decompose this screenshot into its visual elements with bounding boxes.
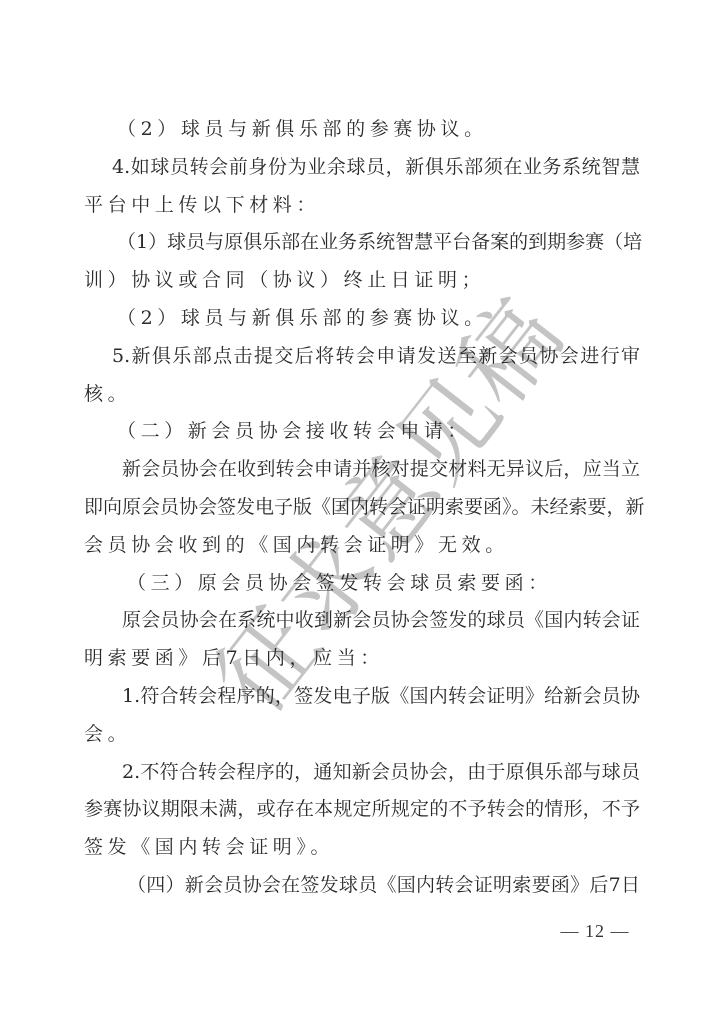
text-line: 5.新俱乐部点击提交后将转会申请发送至新会员协会进行审 xyxy=(84,338,640,376)
section-heading: （四）新会员协会在签发球员《国内转会证明索要函》后7日 xyxy=(84,867,640,905)
section-heading: （三）原会员协会签发转会球员索要函： xyxy=(84,565,640,603)
text-line: 新会员协会在收到转会申请并核对提交材料无异议后，应当立 xyxy=(84,451,640,489)
section-heading: （二）新会员协会接收转会申请： xyxy=(84,413,640,451)
text-line: 1.符合转会程序的，签发电子版《国内转会证明》给新会员协 xyxy=(84,678,640,716)
text-line: 参赛协议期限未满，或存在本规定所规定的不予转会的情形，不予 xyxy=(84,791,640,829)
text-line: （1）球员与原俱乐部在业务系统智慧平台备案的到期参赛（培 xyxy=(84,224,640,262)
text-line: 明索要函》后7日内，应当： xyxy=(84,640,640,678)
text-line: 签发《国内转会证明》。 xyxy=(84,829,640,867)
text-line: 会。 xyxy=(84,716,640,754)
text-line: 即向原会员协会签发电子版《国内转会证明索要函》。未经索要，新 xyxy=(84,489,640,527)
text-line: 平台中上传以下材料： xyxy=(84,187,640,225)
text-line: 训）协议或合同（协议）终止日证明； xyxy=(84,262,640,300)
page-number: — 12 — xyxy=(555,921,635,942)
text-line: 4.如球员转会前身份为业余球员，新俱乐部须在业务系统智慧 xyxy=(84,149,640,187)
document-page: 征求意见稿 （2）球员与新俱乐部的参赛协议。 4.如球员转会前身份为业余球员，新… xyxy=(0,0,720,1018)
text-line: 2.不符合转会程序的，通知新会员协会，由于原俱乐部与球员 xyxy=(84,754,640,792)
text-line: （2）球员与新俱乐部的参赛协议。 xyxy=(84,300,640,338)
text-line: （2）球员与新俱乐部的参赛协议。 xyxy=(84,111,640,149)
text-line: 核。 xyxy=(84,376,640,414)
document-body: （2）球员与新俱乐部的参赛协议。 4.如球员转会前身份为业余球员，新俱乐部须在业… xyxy=(84,111,640,905)
text-line: 原会员协会在系统中收到新会员协会签发的球员《国内转会证 xyxy=(84,602,640,640)
text-line: 会员协会收到的《国内转会证明》无效。 xyxy=(84,527,640,565)
